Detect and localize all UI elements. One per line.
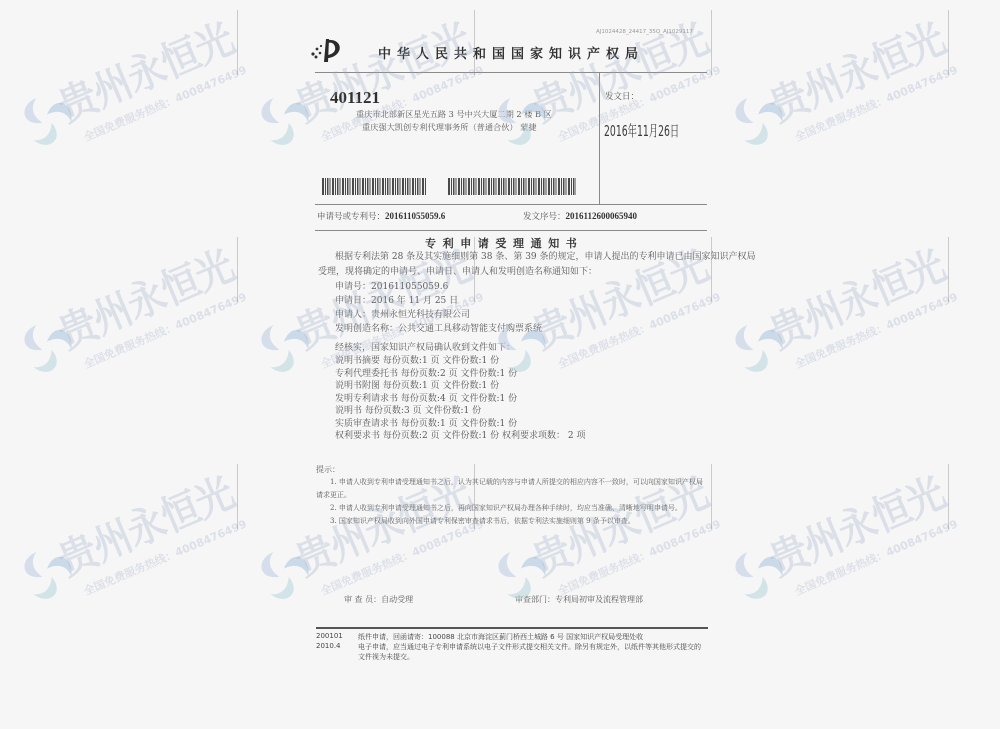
- document-code: AJ1024428_24417_35Q_AJ1029117: [596, 29, 693, 35]
- form-version: 2010.4: [316, 642, 341, 650]
- hint-item: 1. 申请人收到专利申请受理通知书之后，认为其记载的内容与申请人所提交的相应内容…: [330, 477, 703, 487]
- header-rule: [315, 72, 707, 73]
- claims-label: 权利要求项数：: [502, 431, 565, 441]
- serial-number-label: 发文序号：: [523, 212, 566, 222]
- serial-number: 2016112600065940: [566, 211, 638, 221]
- copy-unit: 份: [490, 431, 499, 441]
- department-label: 审查部门：: [515, 595, 555, 604]
- field-invention-title: 发明创造名称：公共交通工具移动智能支付购票系统: [335, 321, 542, 334]
- field-value: 2016 年 11 月 25 日: [371, 296, 458, 306]
- issue-date-label: 发文日：: [605, 90, 639, 102]
- page-unit: 页: [431, 381, 440, 391]
- footer-line: 纸件申请，回函请寄：100088 北京市海淀区蓟门桥西土城路 6 号 国家知识产…: [358, 632, 643, 642]
- hint-item-continued: 请求更正。: [316, 490, 351, 500]
- copy-unit: 份: [472, 406, 481, 416]
- page-count: 3: [404, 406, 410, 416]
- patent-acceptance-notice: 中华人民共和国国家知识产权局 AJ1024428_24417_35Q_AJ102…: [0, 0, 1000, 729]
- postcode: 401121: [330, 88, 380, 108]
- footer-rule: [316, 627, 708, 629]
- hints-title: 提示：: [316, 464, 340, 475]
- page-unit: 页: [431, 431, 440, 441]
- hint-item: 2. 申请人收到专利申请受理通知书之后，再向国家知识产权局办理各种手续时，均应当…: [330, 503, 682, 513]
- ref-bottom-rule: [315, 230, 707, 231]
- copy-count: 1: [463, 406, 469, 416]
- file-item: 权利要求书 每份页数:2 页 文件份数:1 份 权利要求项数： 2 项: [335, 428, 586, 441]
- recipient: 重庆强大凯创专利代理事务所（普通合伙） 蒙捷: [362, 122, 537, 133]
- files-intro: 经核实，国家知识产权局确认收到文件如下：: [335, 340, 515, 353]
- review-department: 审查部门：专利局初审及流程管理部: [515, 594, 643, 605]
- file-item: 说明书附图 每份页数:1 页 文件份数:1 份: [335, 378, 499, 391]
- page-label: 每份页数:: [383, 431, 422, 441]
- footer-line: 文件视为未提交。: [358, 652, 414, 662]
- footer-line: 电子申请，应当通过电子专利申请系统以电子文件形式提交相关文件。除另有规定外，以纸…: [358, 642, 701, 652]
- department-value: 专利局初审及流程管理部: [555, 595, 643, 604]
- form-code: 200101: [316, 632, 343, 640]
- intro-line: 受理，现将确定的申请号、申请日、申请人和发明创造名称通知如下：: [318, 264, 597, 277]
- copy-unit: 份: [508, 394, 517, 404]
- page-label: 每份页数:: [383, 381, 422, 391]
- copy-count: 1: [481, 431, 487, 441]
- application-number: 201611055059.6: [385, 211, 445, 221]
- application-number-label: 申请号或专利号：: [317, 212, 385, 222]
- examiner-value: 自动受理: [381, 595, 413, 604]
- page-count: 1: [422, 356, 428, 366]
- file-name: 说明书: [335, 406, 362, 416]
- copy-label: 文件份数:: [442, 381, 481, 391]
- field-application-date: 申请日：2016 年 11 月 25 日: [335, 293, 458, 306]
- file-item: 说明书 每份页数:3 页 文件份数:1 份: [335, 403, 481, 416]
- barcode-right: [448, 178, 576, 195]
- application-number-row: 申请号或专利号：201611055059.6: [317, 210, 445, 222]
- copy-count: 1: [499, 369, 505, 379]
- copy-count: 1: [481, 381, 487, 391]
- issue-date: 2016年11月26日: [604, 120, 679, 141]
- page-unit: 页: [413, 406, 422, 416]
- field-value: 201611055059.6: [371, 282, 448, 292]
- cnipa-logo-icon: [309, 36, 345, 64]
- box-bottom-rule: [315, 204, 707, 205]
- copy-unit: 份: [490, 356, 499, 366]
- claims-count: 2: [568, 431, 574, 441]
- serial-number-row: 发文序号：2016112600065940: [523, 210, 637, 222]
- box-divider: [599, 72, 600, 204]
- copy-count: 1: [481, 356, 487, 366]
- field-value: 贵州永恒光科技有限公司: [371, 310, 470, 320]
- barcode-left: [322, 178, 426, 195]
- field-value: 公共交通工具移动智能支付购票系统: [398, 324, 542, 334]
- copy-count: 1: [499, 394, 505, 404]
- copy-label: 文件份数:: [442, 431, 481, 441]
- agency-title: 中华人民共和国国家知识产权局: [378, 43, 644, 62]
- copy-label: 文件份数:: [442, 356, 481, 366]
- copy-unit: 份: [490, 381, 499, 391]
- copy-unit: 份: [508, 369, 517, 379]
- field-label: 申请号：: [335, 282, 371, 292]
- file-name: 权利要求书: [335, 431, 380, 441]
- page-count: 2: [422, 431, 428, 441]
- hint-item: 3. 国家知识产权局收到向外国申请专利保密审查请求书后，依据专利法实施细则第 9…: [330, 516, 635, 526]
- page-label: 每份页数:: [383, 356, 422, 366]
- field-label: 发明创造名称：: [335, 324, 398, 334]
- page-unit: 页: [431, 356, 440, 366]
- page-count: 1: [422, 381, 428, 391]
- claims-unit: 项: [576, 431, 585, 441]
- field-applicant: 申请人：贵州永恒光科技有限公司: [335, 307, 470, 320]
- field-label: 申请人：: [335, 310, 371, 320]
- examiner-label: 审 查 员：: [344, 595, 381, 604]
- examiner: 审 查 员：自动受理: [344, 594, 413, 605]
- file-name: 说明书摘要: [335, 356, 380, 366]
- copy-label: 文件份数:: [424, 406, 463, 416]
- intro-line: 根据专利法第 28 条及其实施细则第 38 条、第 39 条的规定，申请人提出的…: [335, 249, 756, 262]
- address-line: 重庆市北部新区星光五路 3 号中兴大厦二期 2 楼 B 区: [356, 109, 552, 120]
- page-label: 每份页数:: [365, 406, 404, 416]
- field-label: 申请日：: [335, 296, 371, 306]
- field-application-number: 申请号：201611055059.6: [335, 279, 448, 292]
- file-item: 说明书摘要 每份页数:1 页 文件份数:1 份: [335, 353, 499, 366]
- file-name: 说明书附图: [335, 381, 380, 391]
